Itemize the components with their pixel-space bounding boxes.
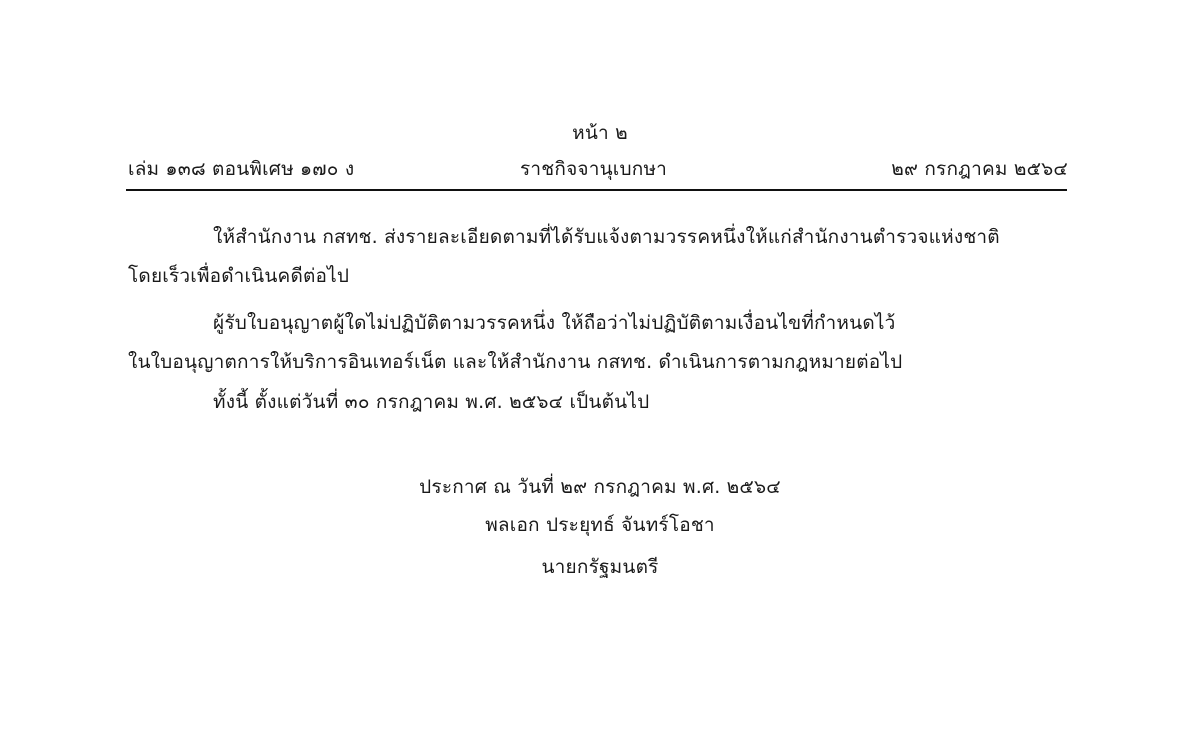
paragraph-1-line-1: ให้สำนักงาน กสทช. ส่งรายละเอียดตามที่ได้…	[213, 225, 1000, 249]
paragraph-2-line-1: ผู้รับใบอนุญาตผู้ใดไม่ปฏิบัติตามวรรคหนึ่…	[213, 311, 896, 335]
paragraph-3: ทั้งนี้ ตั้งแต่วันที่ ๓๐ กรกฎาคม พ.ศ. ๒๕…	[213, 390, 649, 414]
volume-issue: เล่ม ๑๓๘ ตอนพิเศษ ๑๗๐ ง	[128, 157, 354, 181]
page-number: หน้า ๒	[0, 121, 1200, 145]
signatory-position: นายกรัฐมนตรี	[0, 555, 1200, 579]
gazette-name: ราชกิจจานุเบกษา	[520, 157, 667, 181]
paragraph-2-line-2: ในใบอนุญาตการให้บริการอินเทอร์เน็ต และให…	[128, 350, 902, 374]
gazette-header: เล่ม ๑๓๘ ตอนพิเศษ ๑๗๐ ง ราชกิจจานุเบกษา …	[128, 157, 1068, 183]
gazette-page: หน้า ๒ เล่ม ๑๓๘ ตอนพิเศษ ๑๗๐ ง ราชกิจจาน…	[0, 0, 1200, 747]
announcement-date: ประกาศ ณ วันที่ ๒๙ กรกฎาคม พ.ศ. ๒๕๖๔	[0, 475, 1200, 499]
header-rule	[126, 189, 1067, 191]
paragraph-1-line-2: โดยเร็วเพื่อดำเนินคดีต่อไป	[128, 264, 349, 288]
signatory-name: พลเอก ประยุทธ์ จันทร์โอชา	[0, 513, 1200, 537]
publication-date: ๒๙ กรกฎาคม ๒๕๖๔	[891, 157, 1068, 181]
